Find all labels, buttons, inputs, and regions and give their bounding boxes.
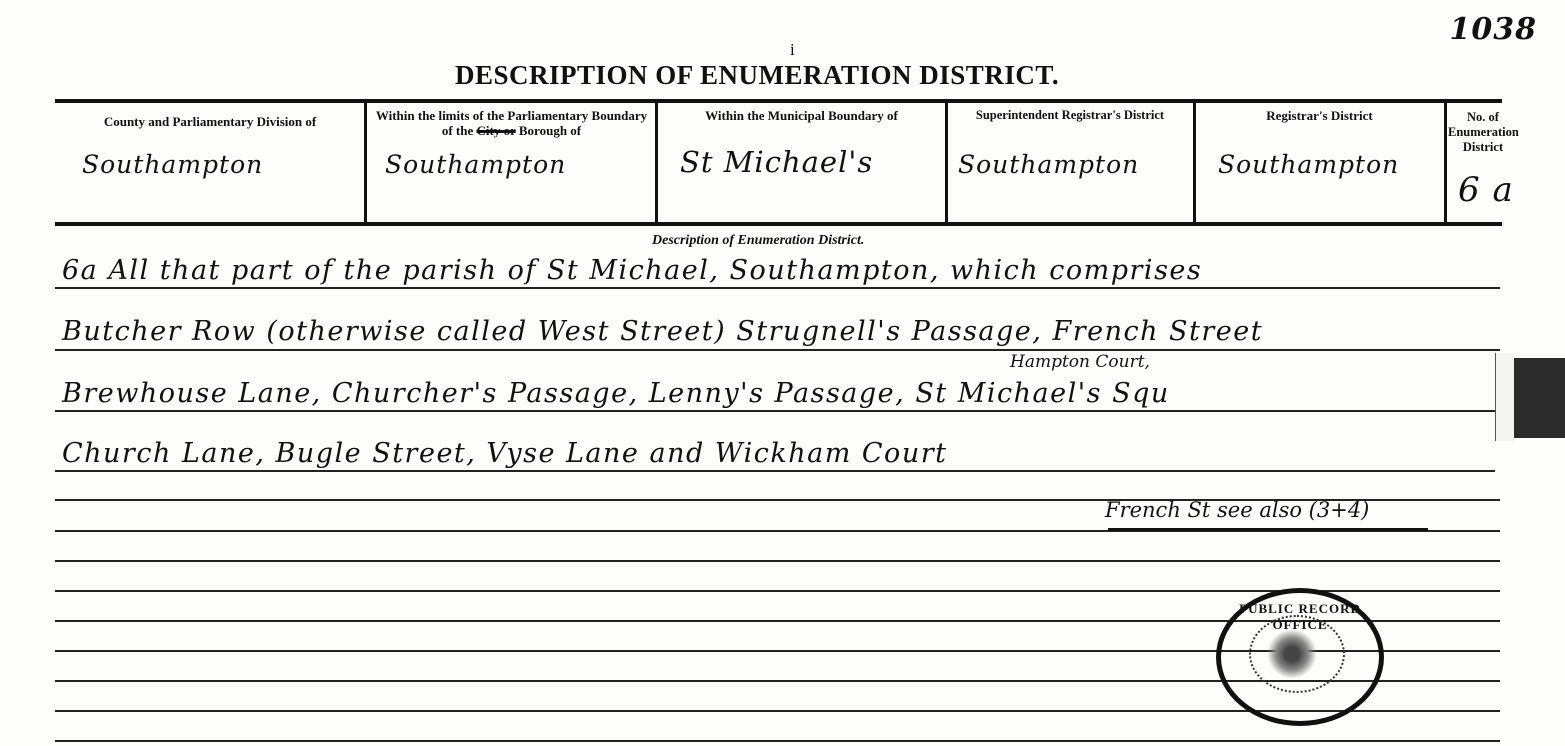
column-divider: [1444, 102, 1447, 222]
ruled-line: [55, 410, 1495, 412]
borough-heading-part2: Borough of: [516, 123, 582, 138]
district-number-heading: No. of Enumeration District: [1448, 110, 1518, 155]
borough-heading: Within the limits of the Parliamentary B…: [370, 108, 653, 138]
page-number: 1038: [1450, 12, 1538, 47]
ruled-line: [55, 740, 1500, 742]
paper-tab-shadow: [1508, 358, 1565, 438]
description-line-3: Brewhouse Lane, Churcher's Passage, Lenn…: [62, 378, 1170, 409]
municipal-value: St Michael's: [680, 145, 873, 179]
table-bottom-rule: [55, 222, 1502, 226]
ruled-line: [55, 560, 1500, 562]
borough-value: Southampton: [385, 150, 566, 179]
ruled-line: [55, 287, 1500, 289]
insertion-note: Hampton Court,: [1010, 352, 1150, 372]
superintendent-value: Southampton: [958, 150, 1139, 179]
ruled-line: [55, 349, 1500, 351]
column-divider: [364, 102, 367, 222]
superintendent-heading: Superintendent Registrar's District: [948, 108, 1192, 123]
ruled-line: [55, 470, 1495, 472]
district-number-value: 6 a: [1458, 170, 1514, 210]
annotation-underline: [1108, 528, 1428, 531]
description-line-1: 6a All that part of the parish of St Mic…: [62, 255, 1202, 286]
county-value: Southampton: [82, 150, 263, 179]
column-divider: [655, 102, 658, 222]
description-line-2: Butcher Row (otherwise called West Stree…: [62, 316, 1263, 347]
roman-marker: i: [790, 40, 795, 60]
public-record-office-stamp: PUBLIC RECORD OFFICE: [1216, 588, 1384, 726]
paper-tab: [1495, 353, 1514, 441]
description-line-4: Church Lane, Bugle Street, Vyse Lane and…: [62, 438, 947, 469]
description-caption: Description of Enumeration District.: [652, 233, 864, 249]
registrar-heading: Registrar's District: [1196, 108, 1443, 123]
document-title: DESCRIPTION OF ENUMERATION DISTRICT.: [455, 60, 1059, 91]
county-heading: County and Parliamentary Division of: [60, 114, 360, 129]
municipal-heading: Within the Municipal Boundary of: [660, 108, 943, 123]
registrar-value: Southampton: [1218, 150, 1399, 179]
table-top-rule: [55, 99, 1502, 103]
crown-crest-icon: [1267, 629, 1317, 679]
cross-reference-annotation: French St see also (3+4): [1105, 498, 1369, 522]
struck-city-text: City or: [477, 123, 516, 138]
